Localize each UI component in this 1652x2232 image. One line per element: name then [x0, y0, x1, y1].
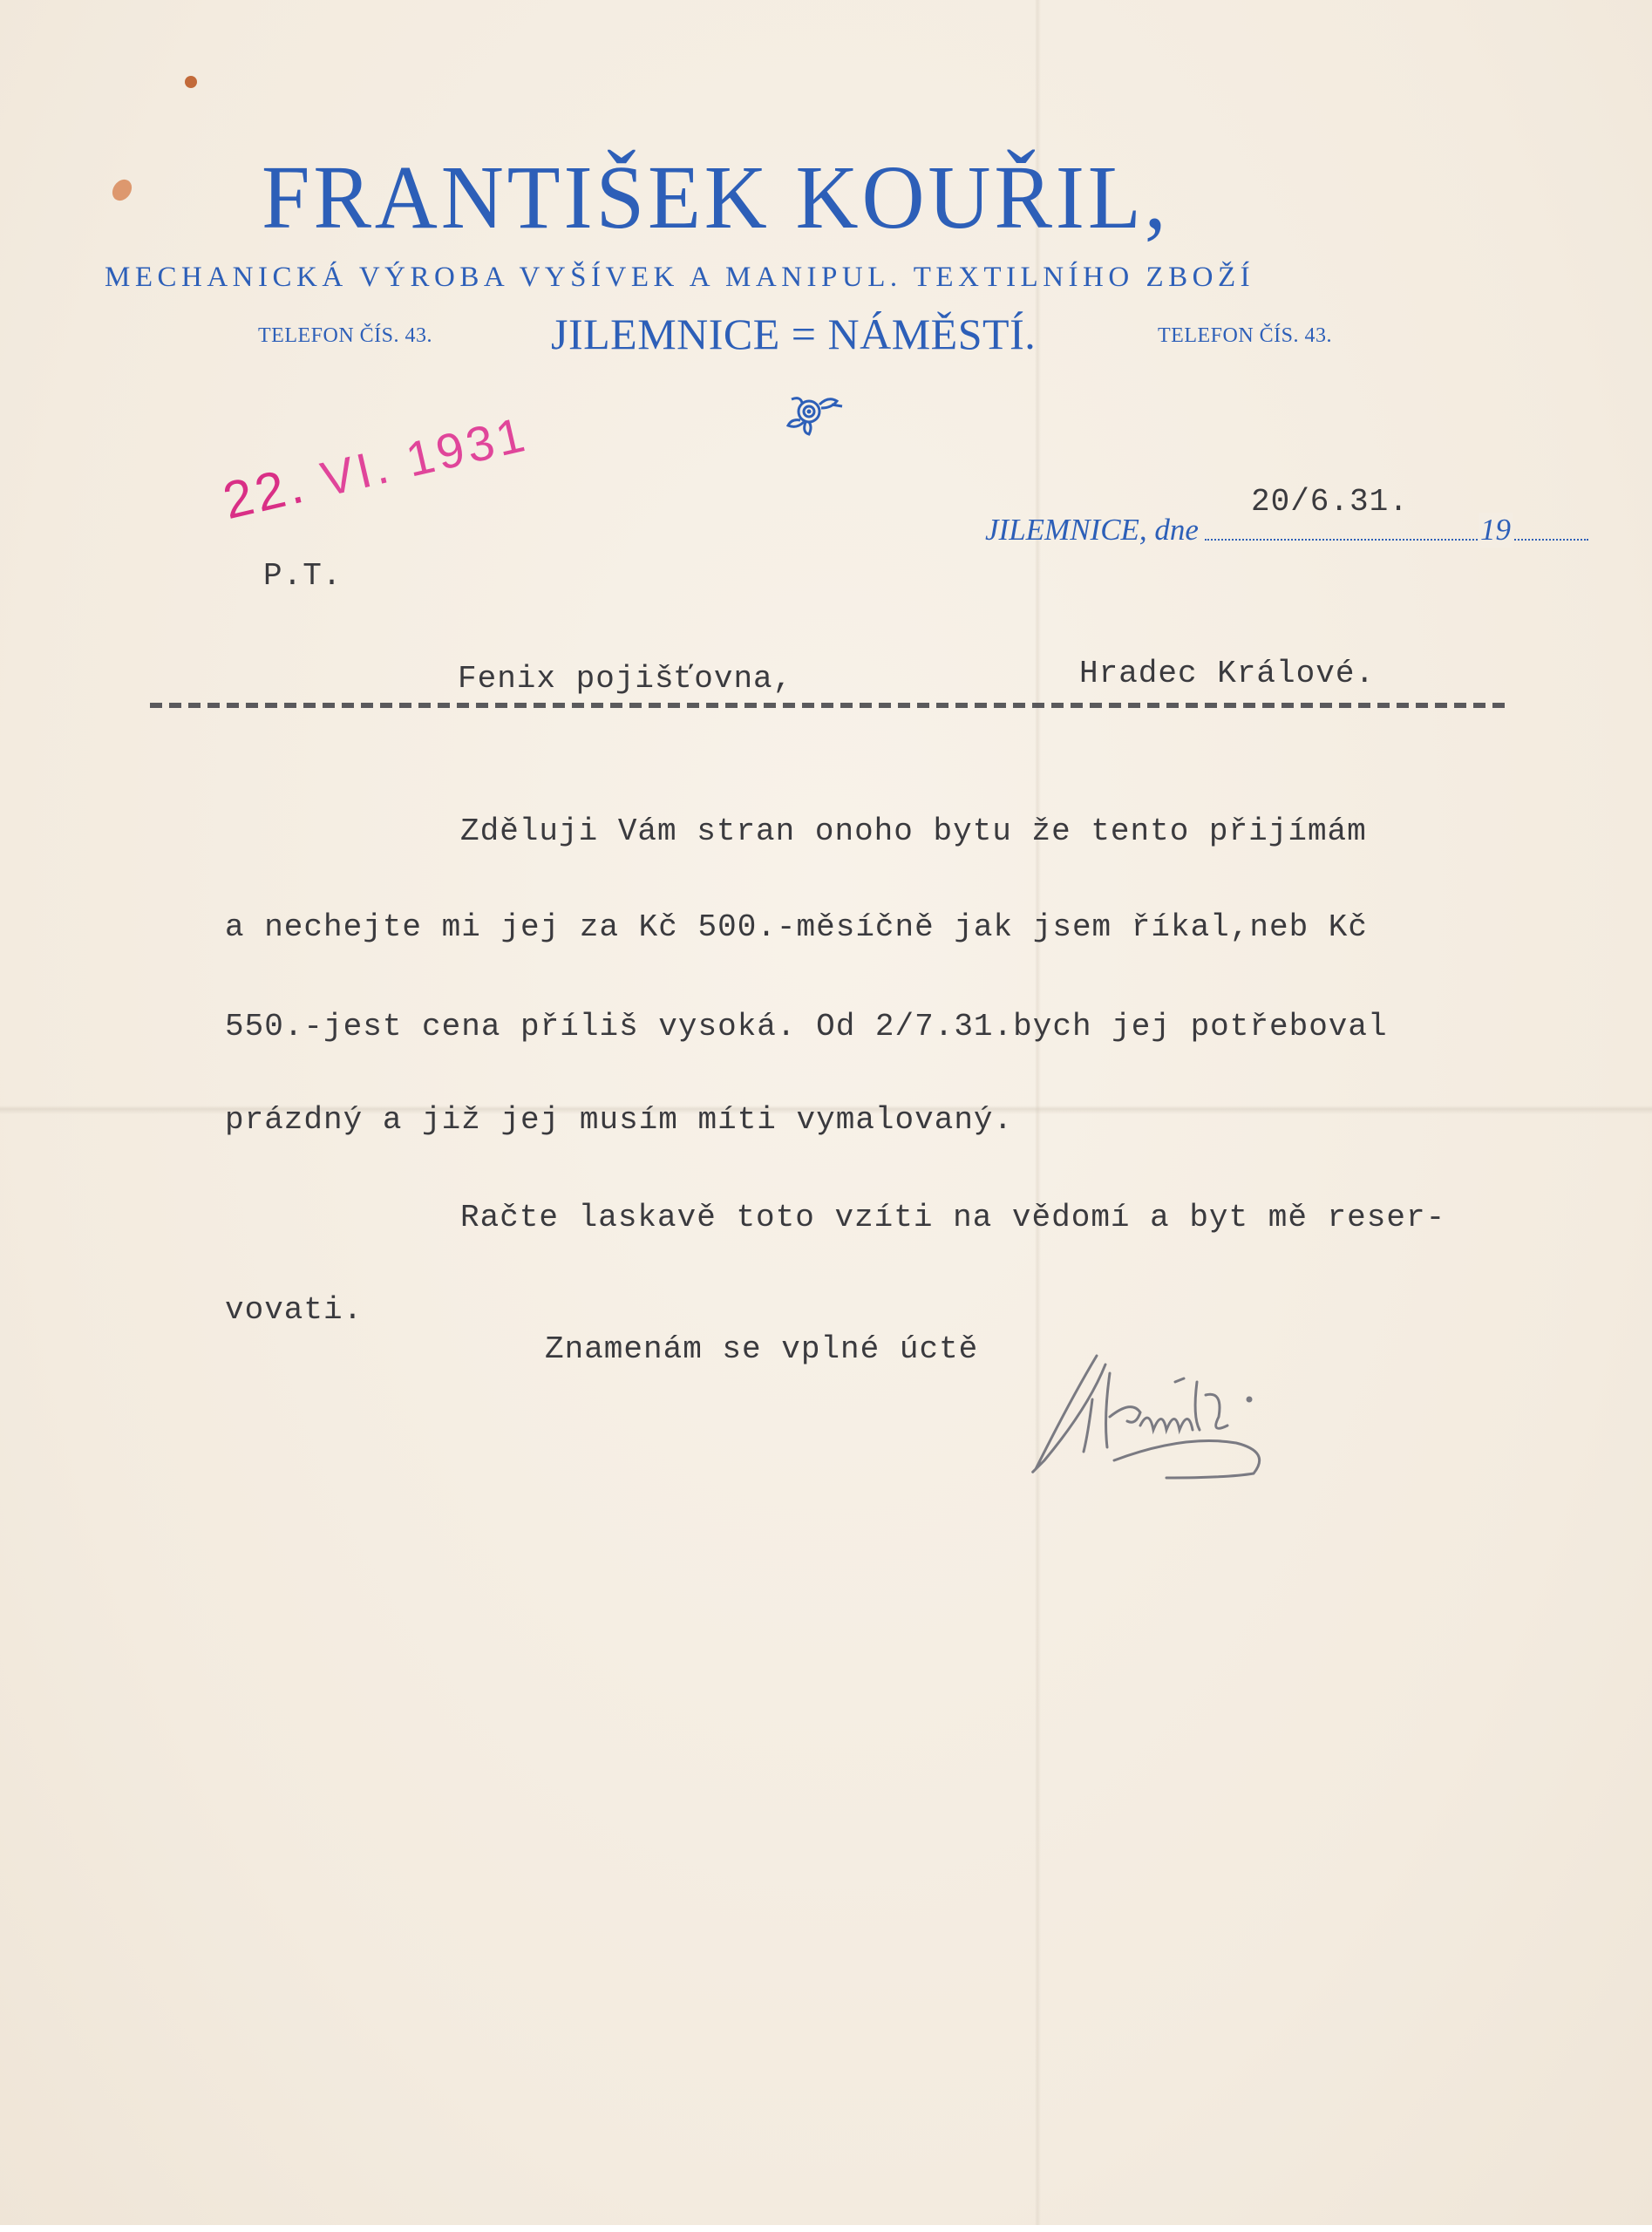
date-line: JILEMNICE, dne 19 20/6.31.: [985, 506, 1578, 549]
date-dotted-line: [1205, 539, 1588, 541]
body-line-1: Zděluji Vám stran onoho bytu že tento př…: [460, 813, 1367, 849]
company-name: FRANTIŠEK KOUŘIL,: [262, 153, 1170, 243]
recipient-city: Hradec Králové.: [1079, 656, 1375, 691]
handwritten-signature: [1010, 1347, 1341, 1487]
scan-edge: [0, 2225, 1652, 2232]
body-line-3: 550.-jest cena příliš vysoká. Od 2/7.31.…: [225, 1009, 1388, 1045]
business-description: MECHANICKÁ VÝROBA VYŠÍVEK A MANIPUL. TEX…: [105, 262, 1254, 294]
body-line-4: prázdný a již jej musím míti vymalovaný.: [225, 1102, 1013, 1138]
date-year-prefix: 19: [1479, 513, 1513, 548]
body-line-2: a nechejte mi jej za Kč 500.-měsíčně jak…: [225, 909, 1368, 945]
recipient-name: Fenix pojišťovna,: [458, 661, 792, 697]
salutation: P.T.: [263, 558, 342, 594]
typed-dashed-rule: [150, 703, 1506, 708]
body-line-5: Račte laskavě toto vzíti na vědomí a byt…: [460, 1200, 1445, 1235]
typed-date: 20/6.31.: [1251, 484, 1409, 520]
telephone-left: TELEFON ČÍS. 43.: [258, 324, 432, 348]
rose-icon: [783, 392, 853, 436]
closing-phrase: Znamenám se vplné úctě: [545, 1331, 978, 1367]
rust-stain: [185, 76, 197, 88]
company-location: JILEMNICE = NÁMĚSTÍ.: [551, 309, 1036, 359]
date-printed-label: JILEMNICE, dne: [985, 513, 1199, 548]
telephone-right: TELEFON ČÍS. 43.: [1158, 324, 1332, 348]
body-line-6: vovati.: [225, 1292, 363, 1328]
